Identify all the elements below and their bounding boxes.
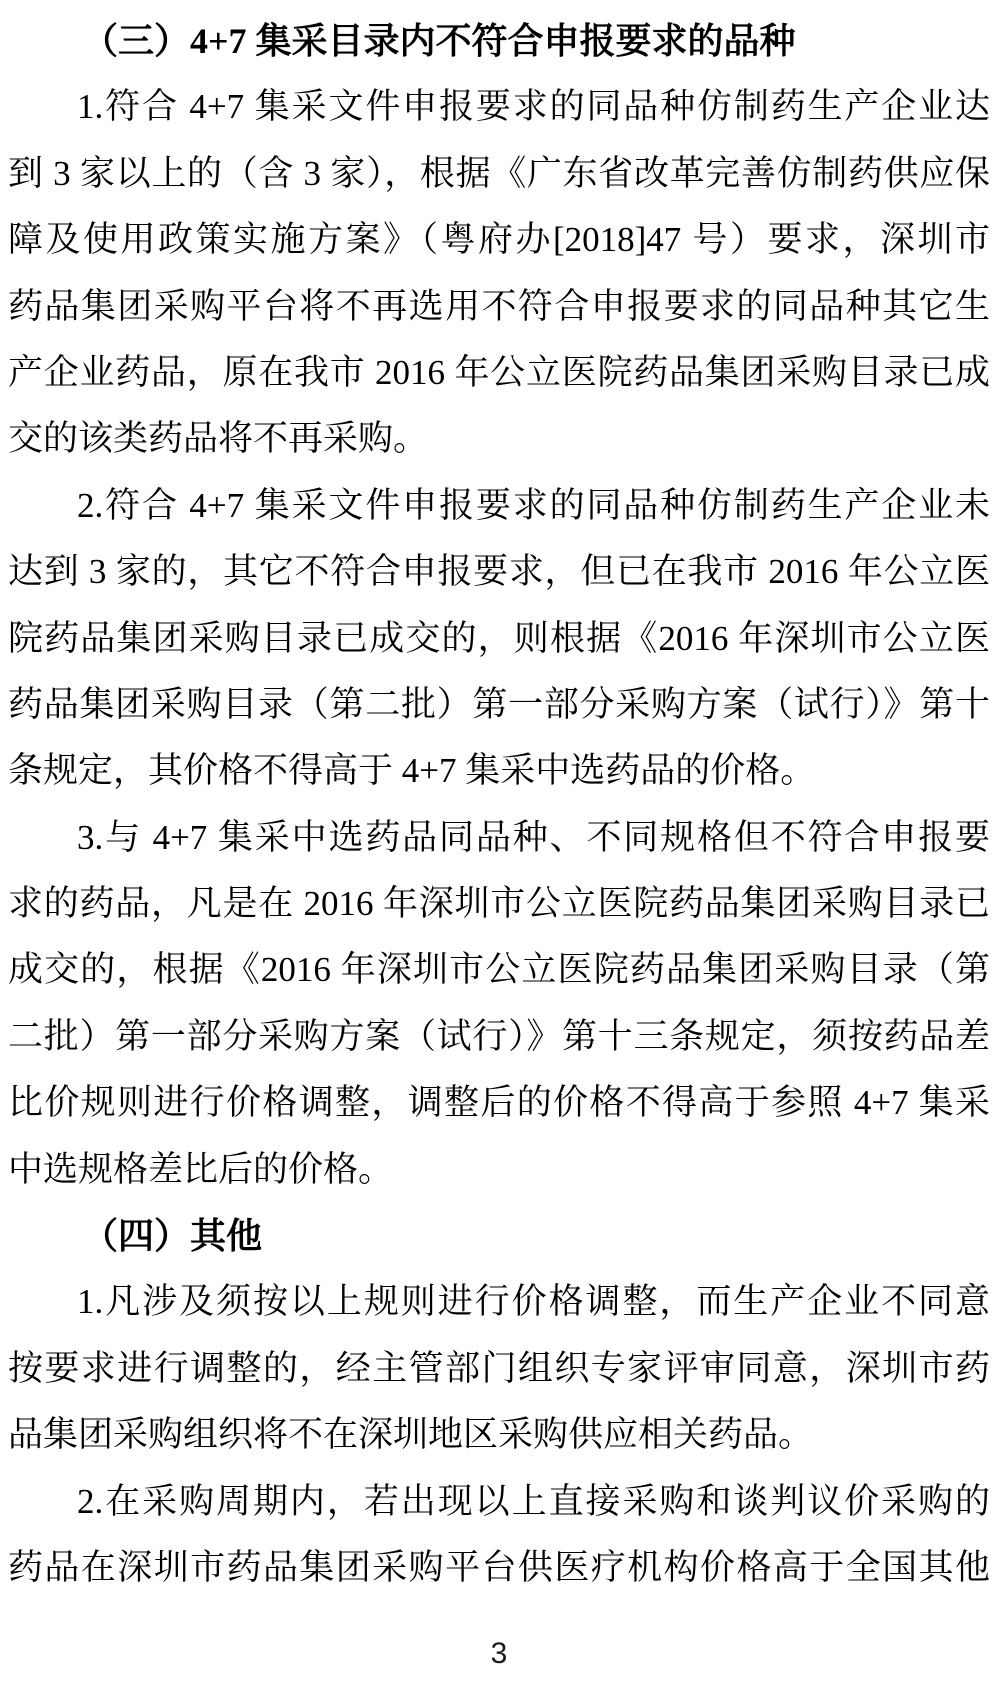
para1-line1: 1.符合 4+7 集采文件申报要求的同品种仿制药生产企业达 (8, 74, 990, 140)
para3-line3: 成交的，根据《2016 年深圳市公立医院药品集团采购目录（第 (8, 937, 990, 1003)
para1-line5: 产企业药品，原在我市 2016 年公立医院药品集团采购目录已成 (8, 340, 990, 406)
para5-line2: 药品在深圳市药品集团采购平台供医疗机构价格高于全国其他 (8, 1535, 990, 1601)
para3-line4: 二批）第一部分采购方案（试行）》第十三条规定，须按药品差 (8, 1004, 990, 1070)
para5-line1: 2.在采购周期内，若出现以上直接采购和谈判议价采购的 (8, 1469, 990, 1535)
para3-line5: 比价规则进行价格调整，调整后的价格不得高于参照 4+7 集采 (8, 1070, 990, 1136)
para2-line1: 2.符合 4+7 集采文件申报要求的同品种仿制药生产企业未 (8, 473, 990, 539)
para3-line6: 中选规格差比后的价格。 (8, 1137, 990, 1203)
page-number: 3 (8, 1633, 990, 1675)
para1-line3: 障及使用政策实施方案》（粤府办[2018]47 号）要求，深圳市 (8, 207, 990, 273)
para3-line1: 3.与 4+7 集采中选药品同品种、不同规格但不符合申报要 (8, 805, 990, 871)
para2-line4: 药品集团采购目录（第二批）第一部分采购方案（试行）》第十三 (8, 672, 990, 738)
para1-line4: 药品集团采购平台将不再选用不符合申报要求的同品种其它生 (8, 274, 990, 340)
para4-line1: 1.凡涉及须按以上规则进行价格调整，而生产企业不同意 (8, 1269, 990, 1335)
para3-line2: 求的药品，凡是在 2016 年深圳市公立医院药品集团采购目录已 (8, 871, 990, 937)
para2-line2: 达到 3 家的，其它不符合申报要求，但已在我市 2016 年公立医 (8, 539, 990, 605)
para4-line2: 按要求进行调整的，经主管部门组织专家评审同意，深圳市药 (8, 1336, 990, 1402)
para2-line5: 条规定，其价格不得高于 4+7 集采中选药品的价格。 (8, 738, 990, 804)
para4-line3: 品集团采购组织将不在深圳地区采购供应相关药品。 (8, 1402, 990, 1468)
para1-line2: 到 3 家以上的（含 3 家），根据《广东省改革完善仿制药供应保 (8, 141, 990, 207)
section-heading-3: （三）4+7 集采目录内不符合申报要求的品种 (8, 8, 990, 74)
section-heading-4: （四）其他 (8, 1203, 990, 1269)
document-page: （三）4+7 集采目录内不符合申报要求的品种 1.符合 4+7 集采文件申报要求… (0, 0, 1000, 1701)
para1-line6: 交的该类药品将不再采购。 (8, 406, 990, 472)
para2-line3: 院药品集团采购目录已成交的，则根据《2016 年深圳市公立医院 (8, 606, 990, 672)
